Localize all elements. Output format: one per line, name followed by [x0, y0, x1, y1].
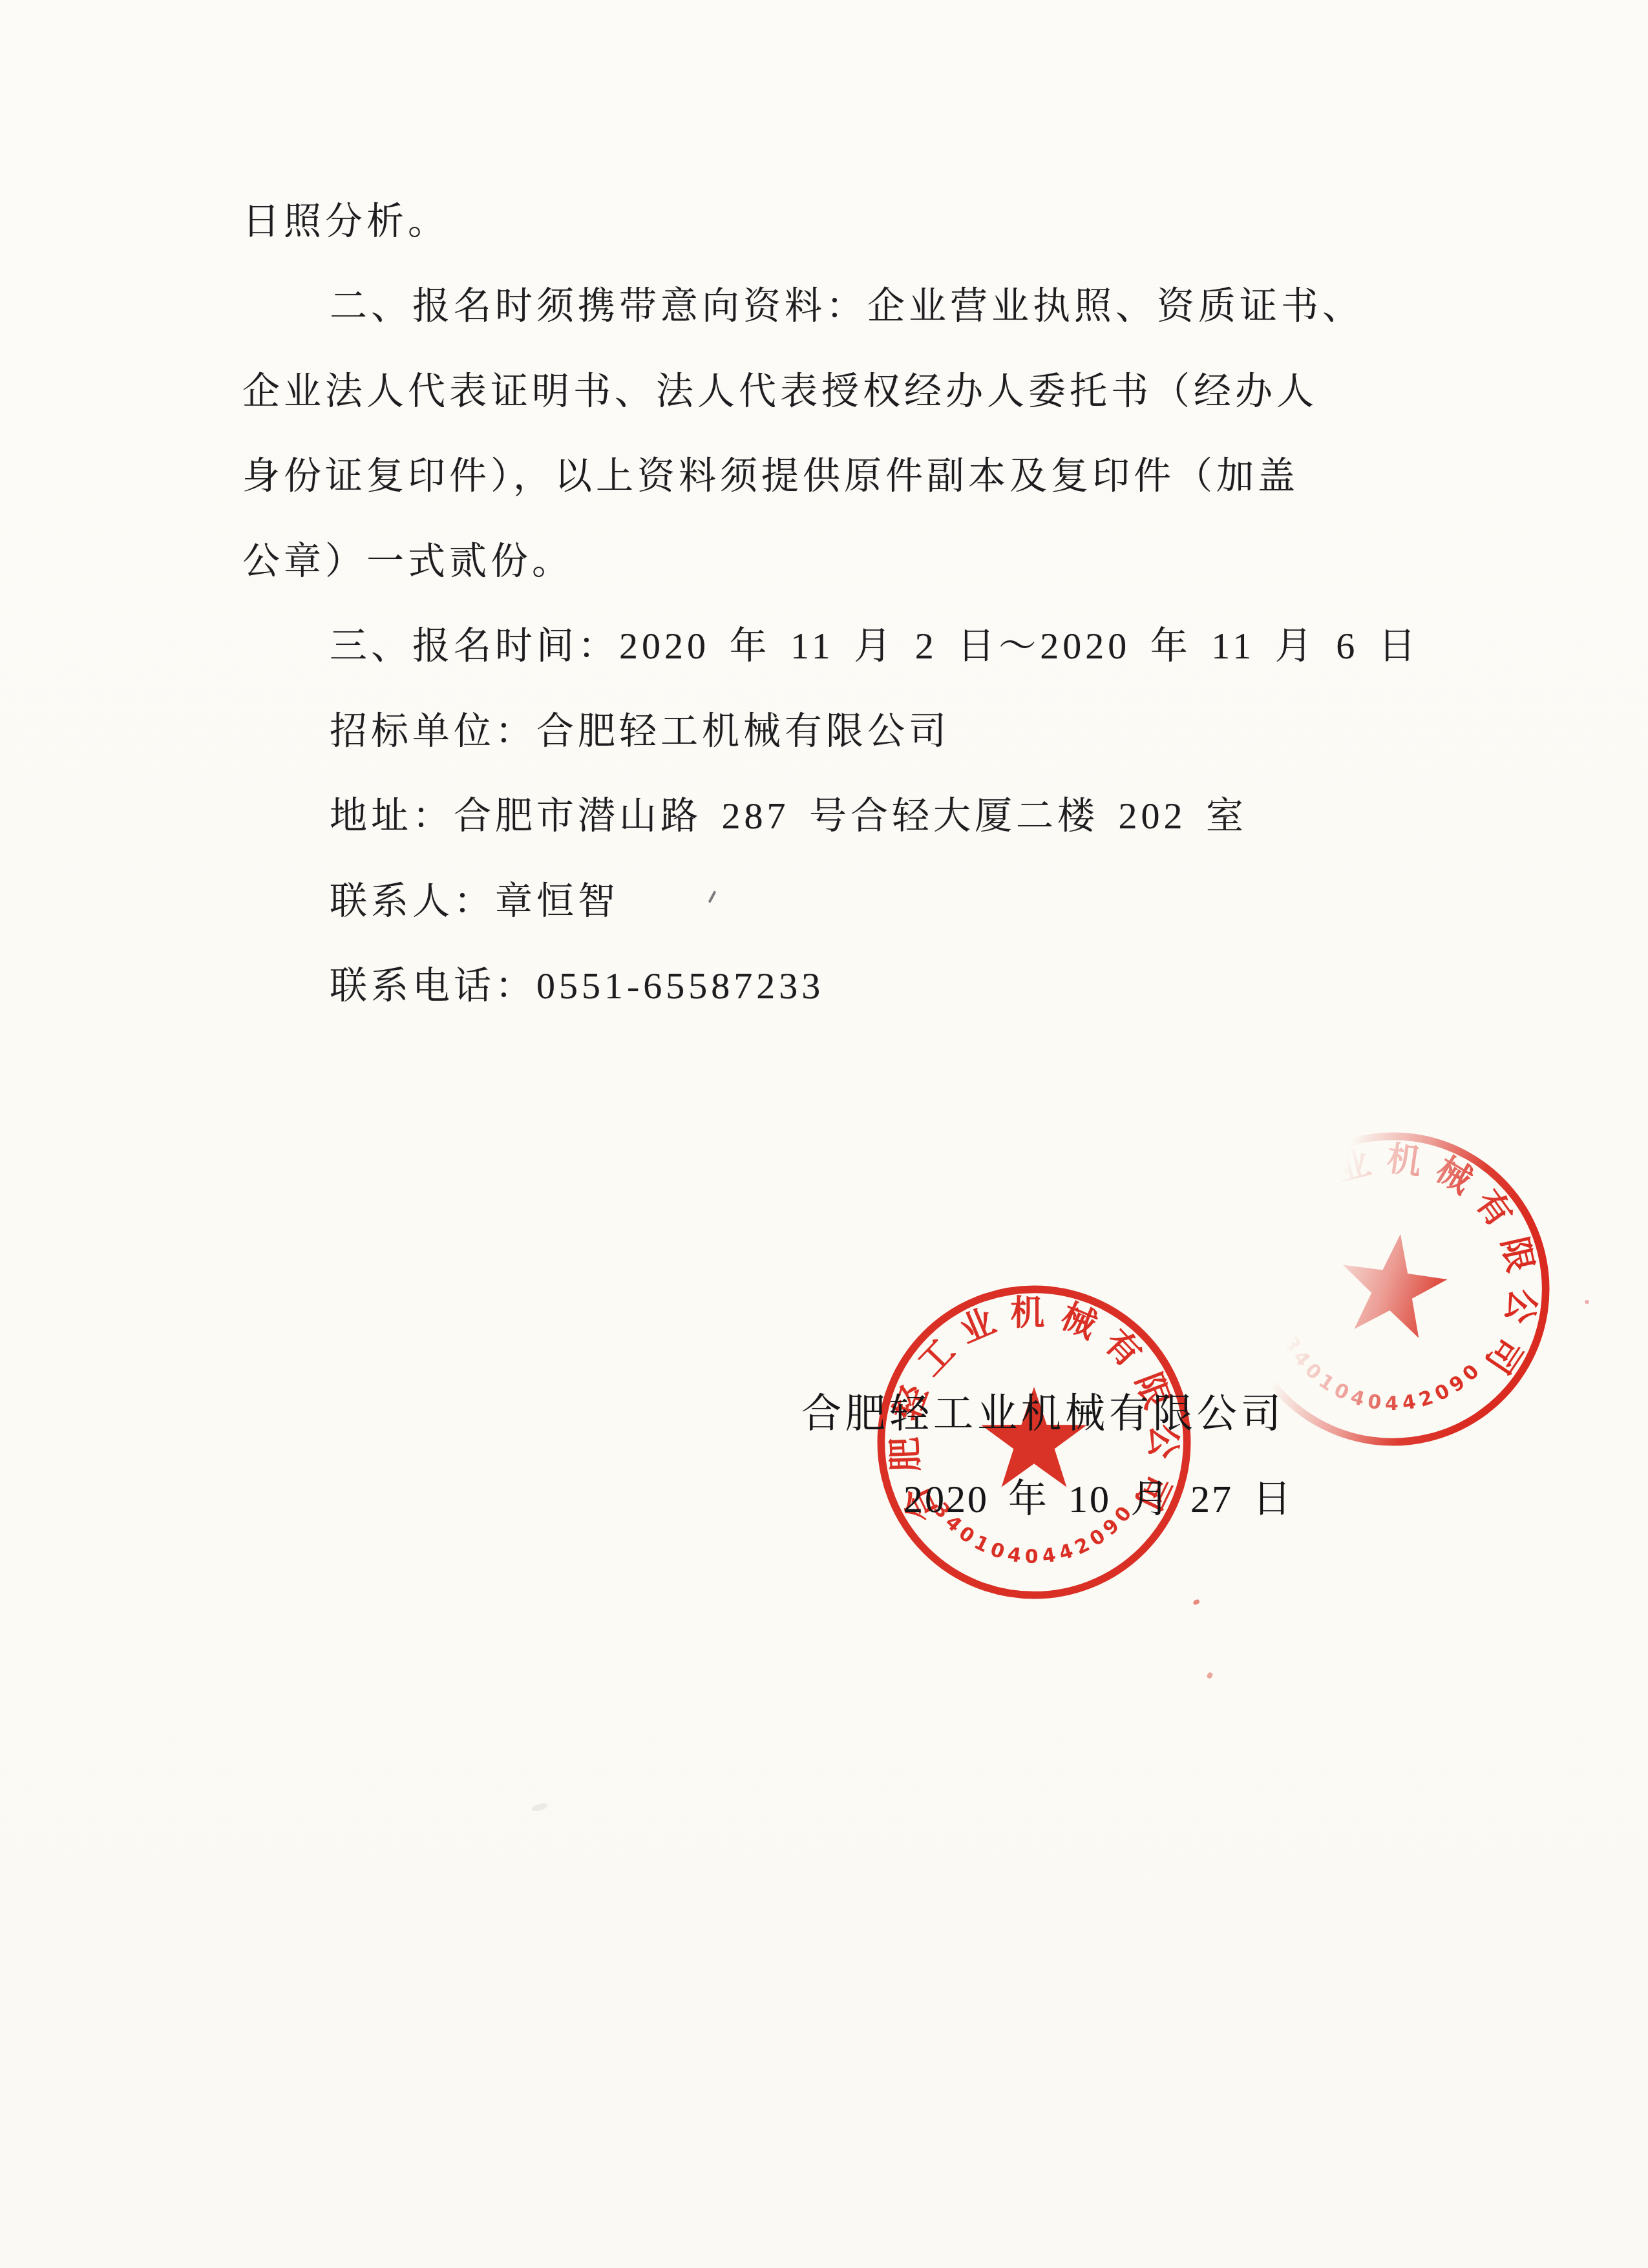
ink-speck: [1206, 1672, 1214, 1680]
scan-smudge: [531, 1802, 549, 1812]
body-line-9: 联系人：章恒智: [330, 880, 619, 923]
body-line-5: 公章）一式贰份。: [242, 540, 573, 583]
body-line-3: 企业法人代表证明书、法人代表授权经办人委托书（经办人: [242, 370, 1318, 413]
body-line-4: 身份证复印件），以上资料须提供原件副本及复印件（加盖: [242, 455, 1299, 498]
body-line-8: 地址：合肥市潜山路 287 号合轻大厦二楼 202 室: [330, 795, 1247, 837]
ink-speck: [1585, 1300, 1589, 1304]
signature-date: 2020 年 10 月 27 日: [903, 1468, 1293, 1524]
body-line-1: 日照分析。: [242, 200, 449, 243]
body-line-6: 三、报名时间：2020 年 11 月 2 日～2020 年 11 月 6 日: [330, 625, 1420, 667]
body-line-2: 二、报名时须携带意向资料：企业营业执照、资质证书、: [330, 285, 1364, 328]
signature-company: 合肥轻工业机械有限公司: [801, 1381, 1285, 1439]
body-line-10: 联系电话：0551-65587233: [330, 965, 824, 1007]
document-page: 日照分析。 二、报名时须携带意向资料：企业营业执照、资质证书、 企业法人代表证明…: [0, 0, 1648, 2268]
body-line-7: 招标单位：合肥轻工机械有限公司: [330, 710, 950, 753]
pen-tick-mark: [708, 890, 717, 903]
star-icon: [1334, 1227, 1452, 1341]
company-seal: 合肥轻工业机械有限公司 3401040442090: [843, 1281, 1225, 1604]
